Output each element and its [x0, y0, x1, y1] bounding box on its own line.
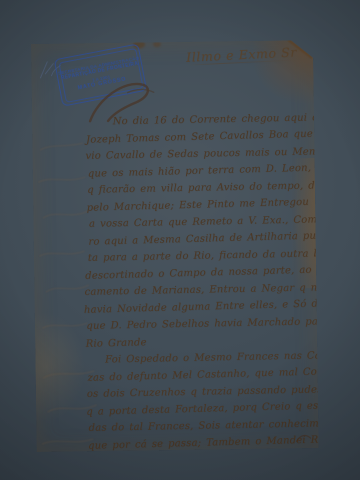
burn-spot-top-edge: [153, 41, 161, 47]
rubric-mark: [294, 432, 312, 444]
manuscript-body: No dia 16 do Corrente chegou aqui o Tent…: [87, 109, 319, 452]
salutation: Illmo e Exmo Sr: [186, 44, 297, 65]
manuscript-paper: SECRETARIA DA ADMINISTRAÇÃO REPARTIÇÃO D…: [31, 40, 319, 452]
foxing-stain-bottom-left: [31, 311, 86, 422]
photo-background: SECRETARIA DA ADMINISTRAÇÃO REPARTIÇÃO D…: [0, 0, 360, 480]
ink-bleedthrough: [36, 139, 91, 340]
